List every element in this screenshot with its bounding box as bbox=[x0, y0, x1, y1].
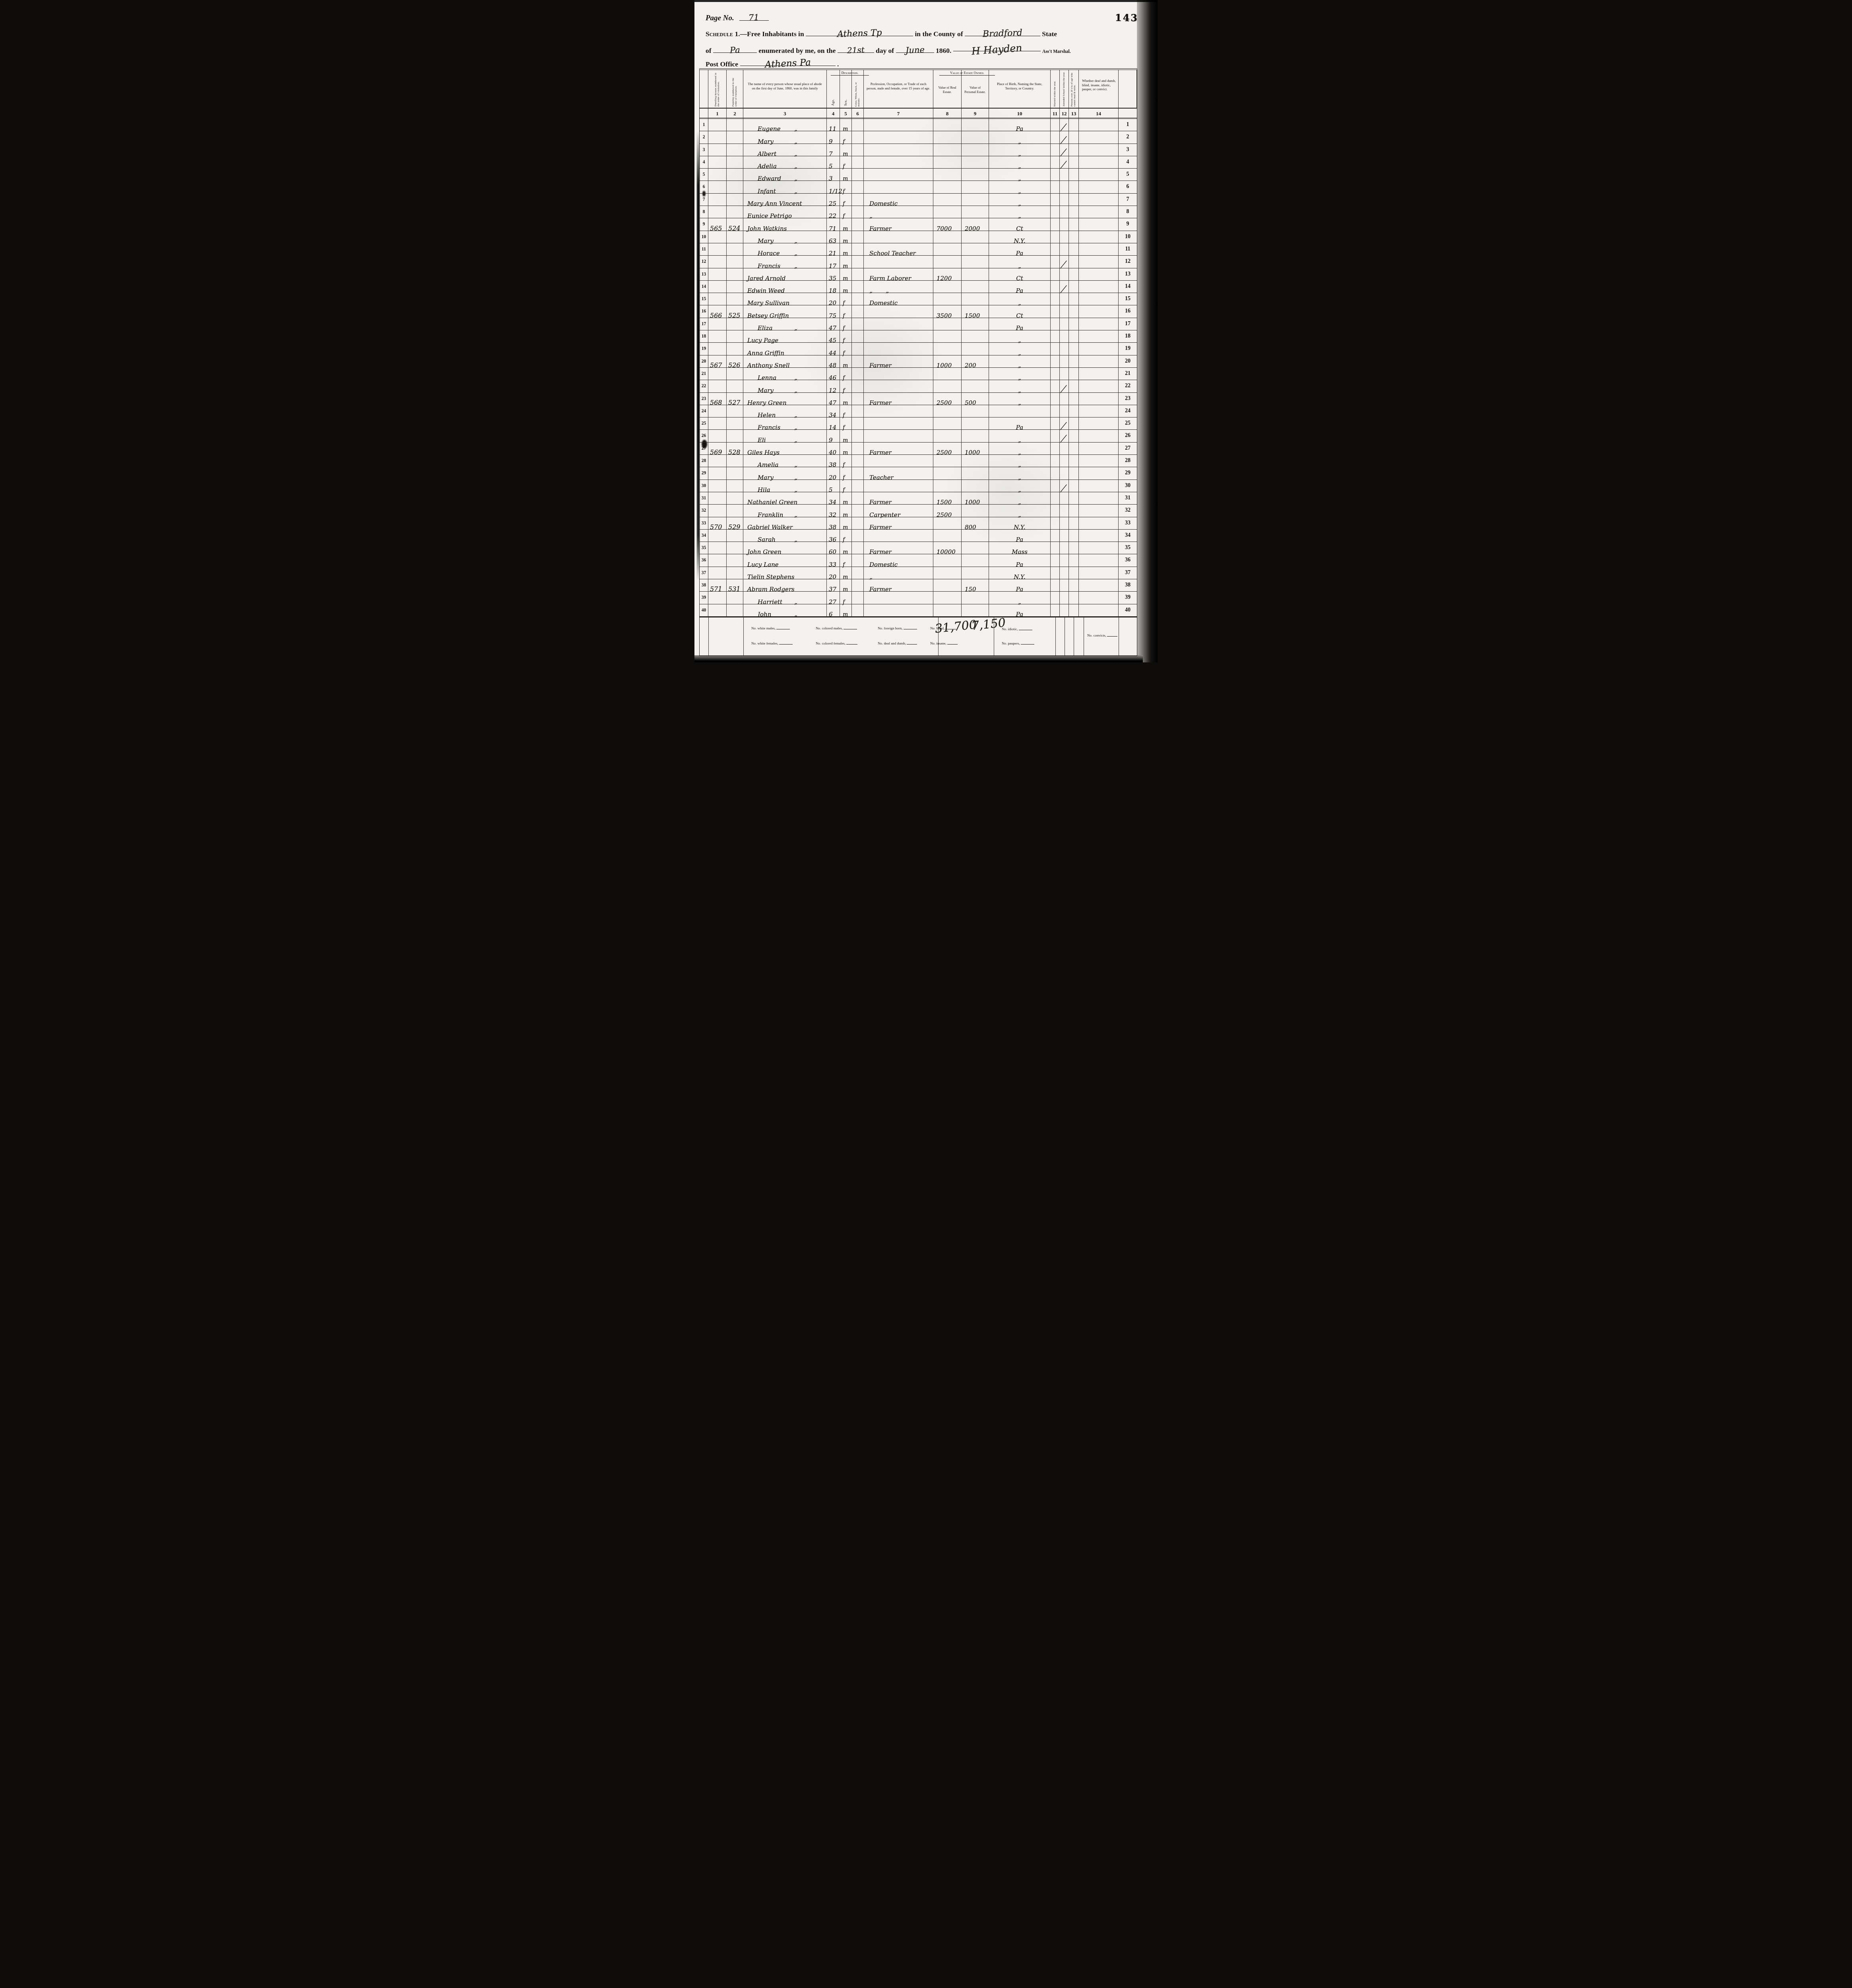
condition-cell bbox=[1079, 505, 1119, 517]
married-cell bbox=[1051, 156, 1060, 169]
cannot-read-cell bbox=[1069, 467, 1079, 480]
school-cell bbox=[1060, 492, 1069, 505]
real-estate-cell: 2500 bbox=[933, 443, 962, 455]
row-number-right-cell: 34 bbox=[1119, 530, 1137, 542]
row-number-left-cell: 27 bbox=[700, 443, 708, 455]
school-cell bbox=[1060, 405, 1069, 417]
occupation-cell: „ bbox=[864, 567, 933, 579]
age-cell: 5 bbox=[827, 156, 840, 169]
personal-estate-cell bbox=[962, 343, 989, 355]
cannot-read-cell bbox=[1069, 119, 1079, 131]
real-estate-cell bbox=[933, 156, 962, 169]
occupation-cell: Domestic bbox=[864, 194, 933, 206]
row-number-left-cell: 9 bbox=[700, 218, 708, 231]
row-number-left-cell: 19 bbox=[700, 343, 708, 355]
family-cell bbox=[727, 231, 743, 243]
row-number-left: 11 bbox=[700, 243, 708, 255]
name-cell: Helen„ bbox=[743, 405, 827, 417]
row-number-left: 18 bbox=[700, 330, 708, 342]
condition-cell bbox=[1079, 343, 1119, 355]
table-row: 36 Lucy Lane 33 f Domestic Pa 36 bbox=[700, 554, 1137, 567]
of-label: of bbox=[706, 47, 712, 54]
row-number-left-cell: 28 bbox=[700, 455, 708, 467]
row-number-left: 5 bbox=[700, 169, 708, 181]
personal-estate-cell bbox=[962, 554, 989, 567]
row-number-right: 22 bbox=[1119, 380, 1137, 392]
school-cell bbox=[1060, 169, 1069, 181]
birthplace-cell: „ bbox=[989, 194, 1051, 206]
married-cell bbox=[1051, 305, 1060, 318]
married-cell bbox=[1051, 443, 1060, 455]
occupation-header-cell: Profession, Occupation, or Trade of each… bbox=[864, 70, 933, 108]
school-cell bbox=[1060, 368, 1069, 380]
school-cell bbox=[1060, 505, 1069, 517]
row-number-left: 29 bbox=[700, 467, 708, 479]
cannot-read-cell bbox=[1069, 355, 1079, 368]
real-estate-cell bbox=[933, 243, 962, 256]
row-number-right-cell: 22 bbox=[1119, 380, 1137, 392]
row-number-left: 7 bbox=[700, 194, 708, 206]
sex-cell: m bbox=[840, 567, 852, 579]
condition-cell bbox=[1079, 206, 1119, 218]
age-cell: 44 bbox=[827, 343, 840, 355]
family-cell bbox=[727, 330, 743, 343]
age-cell: 12 bbox=[827, 380, 840, 392]
row-number-right-cell: 32 bbox=[1119, 505, 1137, 517]
birthplace-cell: Ct bbox=[989, 268, 1051, 281]
row-number-right-cell: 35 bbox=[1119, 542, 1137, 554]
county-value: Bradford bbox=[983, 28, 1023, 39]
col-number-11: 11 bbox=[1051, 109, 1060, 119]
col-number-6: 6 bbox=[852, 109, 864, 119]
birthplace-cell: „ bbox=[989, 455, 1051, 467]
cannot-read-cell bbox=[1069, 330, 1079, 343]
married-cell bbox=[1051, 131, 1060, 144]
school-cell bbox=[1060, 231, 1069, 243]
name-cell: Jared Arnold bbox=[743, 268, 827, 281]
personal-estate-cell: 150 bbox=[962, 579, 989, 592]
real-estate-cell: 3500 bbox=[933, 305, 962, 318]
row-number-right-cell: 28 bbox=[1119, 455, 1137, 467]
table-row: 22 Mary„ 12 f „ / 22 bbox=[700, 380, 1137, 392]
dwelling-cell bbox=[708, 119, 727, 131]
color-cell bbox=[852, 218, 864, 231]
age-cell: 17 bbox=[827, 256, 840, 268]
row-number-left: 39 bbox=[700, 592, 708, 604]
marshal-signature: H Hayden bbox=[971, 42, 1022, 57]
color-cell bbox=[852, 169, 864, 181]
cannot-read-cell bbox=[1069, 492, 1079, 505]
personal-estate-cell: 1500 bbox=[962, 305, 989, 318]
condition-cell bbox=[1079, 492, 1119, 505]
occupation-cell bbox=[864, 380, 933, 392]
row-number-left: 32 bbox=[700, 505, 708, 516]
color-cell bbox=[852, 144, 864, 156]
sex-cell: m bbox=[840, 443, 852, 455]
dwelling-cell bbox=[708, 567, 727, 579]
dwelling-cell bbox=[708, 492, 727, 505]
school-cell bbox=[1060, 455, 1069, 467]
real-estate-cell bbox=[933, 318, 962, 330]
color-cell bbox=[852, 243, 864, 256]
real-estate-cell bbox=[933, 144, 962, 156]
row-number-left: 13 bbox=[700, 268, 708, 280]
cannot-read-cell bbox=[1069, 443, 1079, 455]
table-row: 2 Mary„ 9 f „ / 2 bbox=[700, 131, 1137, 144]
color-cell bbox=[852, 554, 864, 567]
school-cell bbox=[1060, 530, 1069, 542]
age-cell: 37 bbox=[827, 579, 840, 592]
personal-estate-cell bbox=[962, 405, 989, 417]
occupation-cell bbox=[864, 231, 933, 243]
footer-white-males: No. white males, bbox=[751, 626, 776, 630]
birthplace-cell: Pa bbox=[989, 119, 1051, 131]
family-cell bbox=[727, 430, 743, 442]
condition-cell bbox=[1079, 218, 1119, 231]
row-number-right: 7 bbox=[1119, 194, 1137, 206]
dwelling-cell bbox=[708, 256, 727, 268]
col-number-1: 1 bbox=[708, 109, 727, 119]
row-number-left: 30 bbox=[700, 480, 708, 492]
birthplace-cell: „ bbox=[989, 206, 1051, 218]
row-number-right: 11 bbox=[1119, 243, 1137, 255]
row-number-right: 34 bbox=[1119, 530, 1137, 542]
dwelling-cell bbox=[708, 281, 727, 293]
dwelling-cell: 569 bbox=[708, 443, 727, 455]
personal-estate-cell bbox=[962, 417, 989, 430]
school-cell: / bbox=[1060, 144, 1069, 156]
row-number-right-cell: 8 bbox=[1119, 206, 1137, 218]
age-cell: 47 bbox=[827, 318, 840, 330]
occupation-cell bbox=[864, 131, 933, 144]
real-estate-cell bbox=[933, 231, 962, 243]
school-cell bbox=[1060, 604, 1069, 617]
dwelling-cell: 570 bbox=[708, 517, 727, 530]
family-cell bbox=[727, 455, 743, 467]
condition-cell bbox=[1079, 156, 1119, 169]
married-cell bbox=[1051, 368, 1060, 380]
row-number-left-cell: 10 bbox=[700, 231, 708, 243]
dwelling-cell bbox=[708, 194, 727, 206]
color-cell bbox=[852, 119, 864, 131]
married-cell bbox=[1051, 592, 1060, 604]
real-estate-cell bbox=[933, 169, 962, 181]
real-estate-header-cell: Value of Real Estate. bbox=[933, 70, 962, 108]
row-number-right: 40 bbox=[1119, 604, 1137, 616]
sex-cell: m bbox=[840, 393, 852, 405]
real-estate-cell bbox=[933, 417, 962, 430]
name-cell: Anna Griffin bbox=[743, 343, 827, 355]
sex-cell: m bbox=[840, 505, 852, 517]
table-row: 32 Franklin„ 32 m Carpenter 2500 „ 32 bbox=[700, 505, 1137, 517]
school-cell: / bbox=[1060, 156, 1069, 169]
row-number-right: 3 bbox=[1119, 144, 1137, 156]
sex-cell: f bbox=[840, 206, 852, 218]
sex-cell: m bbox=[840, 256, 852, 268]
age-cell: 33 bbox=[827, 554, 840, 567]
table-row: 8 Eunice Petrigo 22 f „ „ 8 bbox=[700, 206, 1137, 218]
dwelling-cell bbox=[708, 368, 727, 380]
age-cell: 18 bbox=[827, 281, 840, 293]
condition-cell bbox=[1079, 131, 1119, 144]
row-number-right: 9 bbox=[1119, 218, 1137, 230]
age-cell: 47 bbox=[827, 393, 840, 405]
name-cell: Franklin„ bbox=[743, 505, 827, 517]
condition-cell bbox=[1079, 305, 1119, 318]
name-cell: Infant„ bbox=[743, 181, 827, 193]
sex-cell: m bbox=[840, 268, 852, 281]
row-number-left: 35 bbox=[700, 542, 708, 554]
color-cell bbox=[852, 567, 864, 579]
color-cell bbox=[852, 467, 864, 480]
birthplace-cell: „ bbox=[989, 169, 1051, 181]
row-number-left: 36 bbox=[700, 554, 708, 566]
row-number-right: 32 bbox=[1119, 505, 1137, 516]
personal-estate-cell bbox=[962, 318, 989, 330]
school-cell bbox=[1060, 517, 1069, 530]
table-row: 38 571 531 Abram Rodgers 37 m Farmer 150… bbox=[700, 579, 1137, 592]
personal-estate-cell bbox=[962, 467, 989, 480]
school-cell: / bbox=[1060, 256, 1069, 268]
real-estate-cell bbox=[933, 206, 962, 218]
birthplace-cell: „ bbox=[989, 293, 1051, 305]
table-footer: No. white males, No. colored males, No. … bbox=[700, 617, 1137, 656]
row-number-left-cell: 36 bbox=[700, 554, 708, 567]
table-row: 27 569 528 Giles Hays 40 m Farmer 2500 1… bbox=[700, 443, 1137, 455]
color-cell bbox=[852, 393, 864, 405]
school-cell bbox=[1060, 592, 1069, 604]
color-cell bbox=[852, 330, 864, 343]
name-cell: Eugene„ bbox=[743, 119, 827, 131]
row-number-left-cell: 2 bbox=[700, 131, 708, 144]
sex-cell: f bbox=[840, 455, 852, 467]
age-cell: 46 bbox=[827, 368, 840, 380]
age-cell: 1/12 bbox=[827, 181, 840, 193]
cannot-read-cell bbox=[1069, 305, 1079, 318]
row-number-right: 18 bbox=[1119, 330, 1137, 342]
row-number-left: 9 bbox=[700, 218, 708, 230]
row-number-right-cell: 23 bbox=[1119, 393, 1137, 405]
row-number-left-cell: 22 bbox=[700, 380, 708, 392]
row-number-left: 15 bbox=[700, 293, 708, 305]
age-cell: 25 bbox=[827, 194, 840, 206]
sex-cell: f bbox=[840, 181, 852, 193]
row-number-left: 33 bbox=[700, 517, 708, 529]
cannot-read-cell bbox=[1069, 206, 1079, 218]
married-cell bbox=[1051, 218, 1060, 231]
married-cell bbox=[1051, 505, 1060, 517]
occupation-cell: Farmer bbox=[864, 517, 933, 530]
occupation-cell bbox=[864, 455, 933, 467]
condition-cell bbox=[1079, 243, 1119, 256]
occupation-cell bbox=[864, 144, 933, 156]
school-cell: / bbox=[1060, 417, 1069, 430]
county-label: in the County of bbox=[915, 30, 963, 38]
dwelling-cell bbox=[708, 268, 727, 281]
family-cell bbox=[727, 256, 743, 268]
col-number-13: 13 bbox=[1069, 109, 1079, 119]
personal-estate-cell bbox=[962, 231, 989, 243]
age-cell: 3 bbox=[827, 169, 840, 181]
row-number-right: 27 bbox=[1119, 443, 1137, 454]
occupation-cell bbox=[864, 119, 933, 131]
sex-cell: f bbox=[840, 554, 852, 567]
family-cell bbox=[727, 144, 743, 156]
row-number-left: 4 bbox=[700, 156, 708, 168]
sex-cell: m bbox=[840, 144, 852, 156]
row-number-right-cell: 30 bbox=[1119, 480, 1137, 492]
description-group-header: Description. bbox=[831, 71, 869, 76]
family-cell bbox=[727, 119, 743, 131]
sex-cell: f bbox=[840, 530, 852, 542]
name-cell: Mary„ bbox=[743, 467, 827, 480]
table-body: 1 Eugene„ 11 m Pa / 1 2 Mary„ 9 f bbox=[700, 119, 1137, 617]
name-cell: John Watkins bbox=[743, 218, 827, 231]
row-number-left-cell: 21 bbox=[700, 368, 708, 380]
row-number-right-cell: 37 bbox=[1119, 567, 1137, 579]
family-cell bbox=[727, 505, 743, 517]
age-cell: 27 bbox=[827, 592, 840, 604]
dwelling-cell bbox=[708, 343, 727, 355]
row-number-left-cell: 33 bbox=[700, 517, 708, 530]
sex-header-text: Sex. bbox=[844, 78, 848, 106]
table-row: 20 567 526 Anthony Snell 48 m Farmer 100… bbox=[700, 355, 1137, 368]
family-header-text: Families numbered in the order of visita… bbox=[732, 72, 738, 107]
row-number-left-cell: 37 bbox=[700, 567, 708, 579]
married-cell bbox=[1051, 517, 1060, 530]
family-cell: 529 bbox=[727, 517, 743, 530]
row-number-right: 30 bbox=[1119, 480, 1137, 492]
name-cell: Lucy Lane bbox=[743, 554, 827, 567]
col-number-9: 9 bbox=[962, 109, 989, 119]
color-cell bbox=[852, 530, 864, 542]
color-cell bbox=[852, 355, 864, 368]
birthplace-cell: „ bbox=[989, 592, 1051, 604]
age-cell: 14 bbox=[827, 417, 840, 430]
dwelling-cell bbox=[708, 330, 727, 343]
table-row: 30 Hila„ 5 f „ / 30 bbox=[700, 480, 1137, 492]
row-number-left-cell: 16 bbox=[700, 305, 708, 318]
row-number-right: 19 bbox=[1119, 343, 1137, 355]
dwelling-cell bbox=[708, 604, 727, 617]
cannot-read-cell bbox=[1069, 231, 1079, 243]
personal-estate-cell bbox=[962, 380, 989, 392]
cannot-read-cell bbox=[1069, 156, 1079, 169]
row-number-right-cell: 10 bbox=[1119, 231, 1137, 243]
row-number-right-cell: 9 bbox=[1119, 218, 1137, 231]
name-cell: Mary„ bbox=[743, 131, 827, 144]
age-cell: 20 bbox=[827, 567, 840, 579]
row-number-right-cell: 27 bbox=[1119, 443, 1137, 455]
personal-estate-cell bbox=[962, 281, 989, 293]
condition-cell bbox=[1079, 554, 1119, 567]
footer-paupers: No. paupers, bbox=[1002, 641, 1020, 645]
condition-cell bbox=[1079, 443, 1119, 455]
birthplace-cell: Pa bbox=[989, 417, 1051, 430]
name-cell: Hila„ bbox=[743, 480, 827, 492]
cannot-read-cell bbox=[1069, 567, 1079, 579]
school-cell bbox=[1060, 579, 1069, 592]
married-cell bbox=[1051, 256, 1060, 268]
condition-cell bbox=[1079, 194, 1119, 206]
name-cell: Lenna„ bbox=[743, 368, 827, 380]
table-row: 10 Mary„ 63 m N.Y. 10 bbox=[700, 231, 1137, 243]
color-cell bbox=[852, 480, 864, 492]
married-header-text: Married within the year. bbox=[1054, 72, 1057, 107]
family-cell bbox=[727, 417, 743, 430]
cannot-read-cell bbox=[1069, 417, 1079, 430]
table-row: 17 Eliza„ 47 f Pa 17 bbox=[700, 318, 1137, 330]
table-row: 7 Mary Ann Vincent 25 f Domestic „ 7 bbox=[700, 194, 1137, 206]
row-number-right-cell: 29 bbox=[1119, 467, 1137, 480]
cannot-read-cell bbox=[1069, 480, 1079, 492]
row-number-right-cell: 11 bbox=[1119, 243, 1137, 256]
married-cell bbox=[1051, 579, 1060, 592]
birthplace-cell: „ bbox=[989, 330, 1051, 343]
family-header-cell: Families numbered in the order of visita… bbox=[727, 70, 743, 108]
color-cell bbox=[852, 194, 864, 206]
birthplace-cell: „ bbox=[989, 393, 1051, 405]
personal-estate-cell bbox=[962, 268, 989, 281]
age-cell: 34 bbox=[827, 405, 840, 417]
real-estate-cell bbox=[933, 181, 962, 193]
scan-top-edge bbox=[694, 0, 1158, 2]
birthplace-cell: „ bbox=[989, 505, 1051, 517]
age-cell: 38 bbox=[827, 455, 840, 467]
row-number-right-cell: 3 bbox=[1119, 144, 1137, 156]
name-cell: Abram Rodgers bbox=[743, 579, 827, 592]
personal-estate-cell bbox=[962, 156, 989, 169]
family-cell: 528 bbox=[727, 443, 743, 455]
name-header-cell: The name of every person whose usual pla… bbox=[743, 70, 827, 108]
family-cell bbox=[727, 169, 743, 181]
cannot-read-cell bbox=[1069, 243, 1079, 256]
row-number-right: 10 bbox=[1119, 231, 1137, 243]
age-cell: 9 bbox=[827, 430, 840, 442]
family-cell bbox=[727, 194, 743, 206]
name-cell: Lucy Page bbox=[743, 330, 827, 343]
table-row: 16 566 525 Betsey Griffin 75 f 3500 1500… bbox=[700, 305, 1137, 318]
birthplace-cell: N.Y. bbox=[989, 231, 1051, 243]
row-number-left-cell: 31 bbox=[700, 492, 708, 505]
birthplace-cell: „ bbox=[989, 355, 1051, 368]
birthplace-cell: Pa bbox=[989, 243, 1051, 256]
family-cell bbox=[727, 156, 743, 169]
name-cell: Albert„ bbox=[743, 144, 827, 156]
cannot-read-cell bbox=[1069, 592, 1079, 604]
row-number-right-cell: 18 bbox=[1119, 330, 1137, 343]
cannot-read-cell bbox=[1069, 343, 1079, 355]
family-cell bbox=[727, 492, 743, 505]
sex-cell: m bbox=[840, 243, 852, 256]
condition-cell bbox=[1079, 405, 1119, 417]
marshal-label: Ass't Marshal. bbox=[1042, 49, 1071, 54]
table-row: 26 Eli„ 9 m „ / 26 bbox=[700, 430, 1137, 442]
married-cell bbox=[1051, 281, 1060, 293]
married-cell bbox=[1051, 194, 1060, 206]
cannot-read-cell bbox=[1069, 169, 1079, 181]
sex-cell: m bbox=[840, 281, 852, 293]
table-row: 15 Mary Sullivan 20 f Domestic „ 15 bbox=[700, 293, 1137, 305]
row-number-right: 38 bbox=[1119, 579, 1137, 591]
color-cell bbox=[852, 492, 864, 505]
school-cell bbox=[1060, 181, 1069, 193]
age-cell: 20 bbox=[827, 293, 840, 305]
age-cell: 75 bbox=[827, 305, 840, 318]
real-estate-cell bbox=[933, 256, 962, 268]
row-number-left-cell: 25 bbox=[700, 417, 708, 430]
personal-estate-cell: 2000 bbox=[962, 218, 989, 231]
